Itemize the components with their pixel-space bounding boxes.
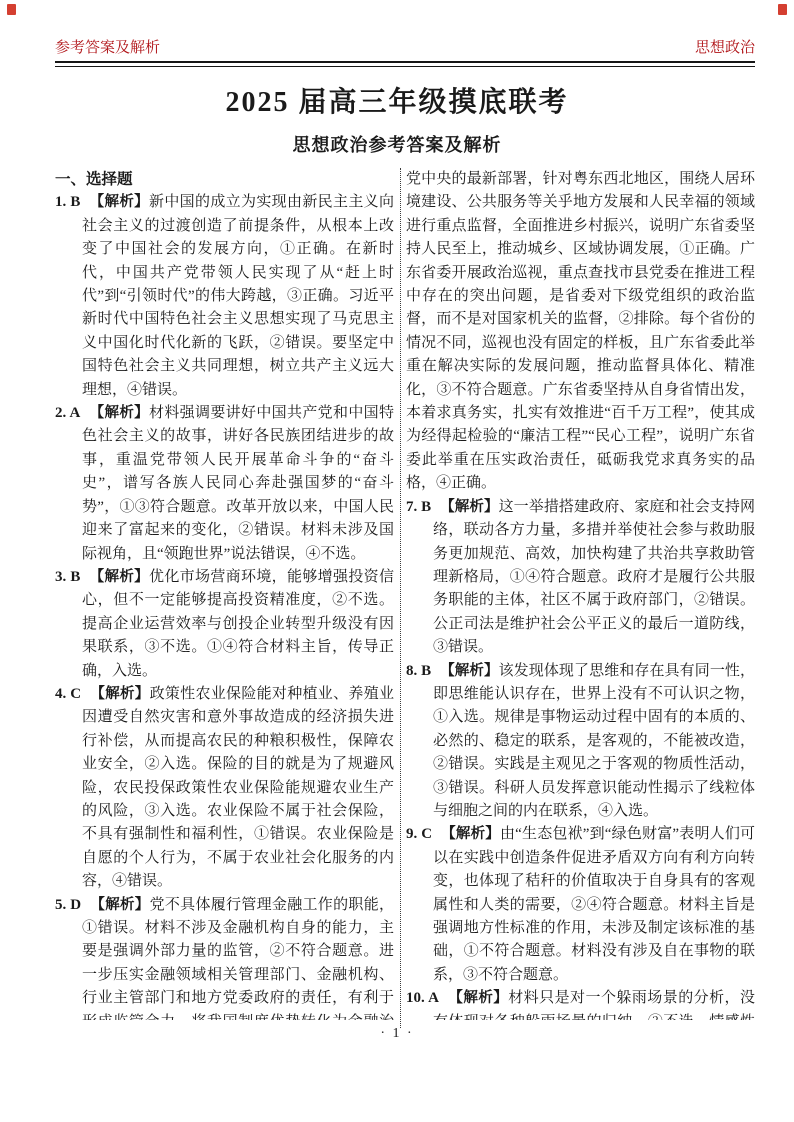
analysis-text: 由“生态包袱”到“绿色财富”表明人们可以在实践中创造条件促进矛盾双方向有利方向转… (433, 826, 755, 982)
answer-content: 一、选择题 1. B【解析】新中国的成立为实现由新民主主义向社会主义的过渡创造了… (55, 168, 755, 1020)
analysis-text: 新中国的成立为实现由新民主主义向社会主义的过渡创造了前提条件，从根本上改变了中国… (82, 194, 394, 397)
page-footer: · 1 · (0, 1026, 794, 1042)
analysis-tag: 【解析】 (90, 897, 149, 913)
header-right-label: 思想政治 (695, 38, 755, 58)
analysis-tag: 【解析】 (440, 663, 498, 679)
header-left-label: 参考答案及解析 (55, 38, 160, 58)
corner-mark-right (778, 4, 787, 15)
analysis-text: 材料强调要讲好中国共产党和中国特色社会主义的故事，讲好各民族团结进步的故事，重温… (82, 405, 394, 561)
answer-label: 9. C (406, 826, 432, 842)
analysis-tag: 【解析】 (90, 686, 149, 702)
page-title: 2025 届高三年级摸底联考 (0, 80, 794, 120)
answer-label: 10. A (406, 990, 439, 1006)
header-divider-rule (55, 61, 755, 67)
left-column: 一、选择题 1. B【解析】新中国的成立为实现由新民主主义向社会主义的过渡创造了… (55, 168, 394, 1020)
answer-label: 5. D (55, 897, 81, 913)
answer-item-9: 9. C【解析】由“生态包袱”到“绿色财富”表明人们可以在实践中创造条件促进矛盾… (406, 823, 755, 987)
answer-label: 2. A (55, 405, 80, 421)
answer-item-6-continuation: 党中央的最新部署，针对粤东西北地区，围绕人居环境建设、公共服务等关乎地方发展和人… (406, 168, 755, 496)
answer-item-2: 2. A【解析】材料强调要讲好中国共产党和中国特色社会主义的故事，讲好各民族团结… (55, 402, 394, 566)
analysis-text: 这一举措搭建政府、家庭和社会支持网络，联动各方力量，多措并举使社会参与救助服务更… (433, 499, 755, 655)
answer-label: 8. B (406, 663, 431, 679)
answer-label: 4. C (55, 686, 81, 702)
analysis-tag: 【解析】 (440, 499, 498, 515)
answer-item-4: 4. C【解析】政策性农业保险能对种植业、养殖业因遭受自然灾害和意外事故造成的经… (55, 683, 394, 894)
analysis-text: 该发现体现了思维和存在具有同一性，即思维能认识存在，世界上没有不可认识之物，①入… (433, 663, 755, 819)
answer-item-3: 3. B【解析】优化市场营商环境，能够增强投资信心，但不一定能够提高投资精准度，… (55, 566, 394, 683)
analysis-tag: 【解析】 (89, 569, 149, 585)
answer-item-5: 5. D【解析】党不具体履行管理金融工作的职能，①错误。材料不涉及金融机构自身的… (55, 894, 394, 1020)
column-divider (400, 168, 401, 1028)
analysis-tag: 【解析】 (89, 194, 149, 210)
answer-item-10: 10. A【解析】材料只是对一个躲雨场景的分析，没有体现对各种躲雨场景的归纳，②… (406, 987, 755, 1020)
answer-item-1: 1. B【解析】新中国的成立为实现由新民主主义向社会主义的过渡创造了前提条件，从… (55, 191, 394, 402)
right-column: 党中央的最新部署，针对粤东西北地区，围绕人居环境建设、公共服务等关乎地方发展和人… (406, 168, 755, 1020)
answer-label: 3. B (55, 569, 80, 585)
page-header: 参考答案及解析 思想政治 (55, 38, 755, 58)
corner-mark-left (7, 4, 16, 15)
analysis-text: 党不具体履行管理金融工作的职能，①错误。材料不涉及金融机构自身的能力，主要是强调… (82, 897, 394, 1020)
analysis-tag: 【解析】 (441, 826, 500, 842)
analysis-text: 政策性农业保险能对种植业、养殖业因遭受自然灾害和意外事故造成的经济损失进行补偿，… (82, 686, 394, 889)
answer-label: 7. B (406, 499, 431, 515)
section-heading: 一、选择题 (55, 168, 394, 191)
answer-item-8: 8. B【解析】该发现体现了思维和存在具有同一性，即思维能认识存在，世界上没有不… (406, 660, 755, 824)
analysis-text: 优化市场营商环境，能够增强投资信心，但不一定能够提高投资精准度，②不选。提高企业… (82, 569, 394, 679)
analysis-tag: 【解析】 (448, 990, 508, 1006)
page-number: · 1 · (380, 1026, 413, 1041)
answer-label: 1. B (55, 194, 80, 210)
answer-item-7: 7. B【解析】这一举措搭建政府、家庭和社会支持网络，联动各方力量，多措并举使社… (406, 496, 755, 660)
document-page: 参考答案及解析 思想政治 2025 届高三年级摸底联考 思想政治参考答案及解析 … (0, 0, 794, 1122)
analysis-tag: 【解析】 (89, 405, 149, 421)
page-subtitle: 思想政治参考答案及解析 (0, 131, 794, 157)
